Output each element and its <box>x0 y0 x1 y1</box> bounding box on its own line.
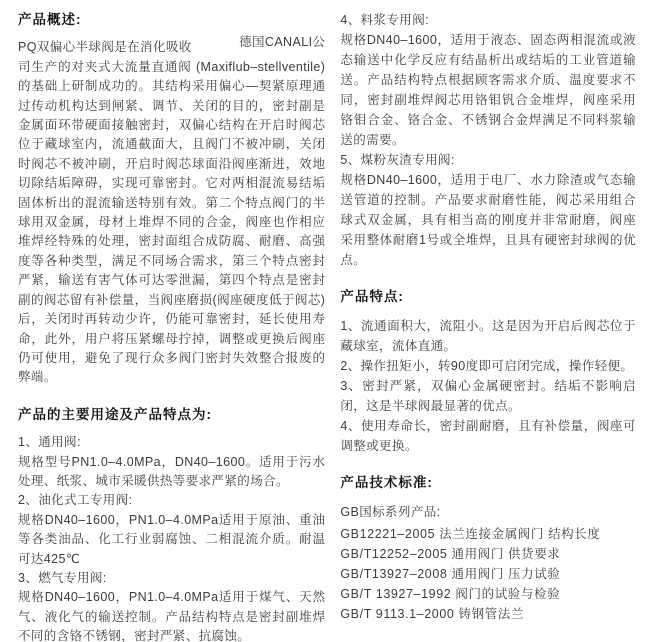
use-item-title: 3、燃气专用阀: <box>18 569 325 588</box>
intro-first-line: PQ双偏心半球阀是在消化吸收 德国CANALI公 <box>18 38 325 57</box>
standard-item: GB/T 9113.1–2000 铸钢管法兰 <box>340 604 636 624</box>
uses-list-right: 4、料浆专用阀: 规格DN40–1600，适用于液态、固态两相混流或液态输送中化… <box>340 10 636 270</box>
standard-item: GB12221–2005 法兰连接金属阀门 结构长度 <box>340 524 636 544</box>
use-item: 2、油化式工专用阀: 规格DN40–1600，PN1.0–4.0MPa适用于原油… <box>18 491 325 569</box>
features-list: 1、流通面积大，流阻小。这是因为开启后阀芯位于藏球室，流体直通。 2、操作扭矩小… <box>340 316 636 456</box>
use-item: 4、料浆专用阀: 规格DN40–1600，适用于液态、固态两相混流或液态输送中化… <box>340 10 636 150</box>
standards-list: GB12221–2005 法兰连接金属阀门 结构长度 GB/T12252–200… <box>340 524 636 624</box>
use-item: 1、通用阀: 规格型号PN1.0–4.0MPa，DN40–1600。适用于污水处… <box>18 433 325 491</box>
use-item: 5、煤粉灰渣专用阀: 规格DN40–1600，适用于电厂、水力除渣或气态输送管道… <box>340 150 636 270</box>
standards-heading: 产品技术标准: <box>340 473 636 493</box>
intro-brand-text: 德国CANALI公 <box>239 33 325 52</box>
use-item-body: 规格DN40–1600，适用于电厂、水力除渣或气态输送管道的控制。产品要求耐磨性… <box>340 170 636 270</box>
use-item-title: 1、通用阀: <box>18 433 325 452</box>
standards-intro: GB国标系列产品: <box>340 502 636 522</box>
overview-heading: 产品概述: <box>18 10 325 29</box>
use-item-title: 4、料浆专用阀: <box>340 10 636 30</box>
use-item-body: 规格DN40–1600，适用于液态、固态两相混流或液态输送中化学反应有结晶析出或… <box>340 30 636 150</box>
right-column: 4、料浆专用阀: 规格DN40–1600，适用于液态、固态两相混流或液态输送中化… <box>340 10 636 642</box>
feature-item: 2、操作扭矩小，转90度即可启闭完成，操作轻便。 <box>340 356 636 376</box>
use-item: 3、燃气专用阀: 规格DN40–1600，PN1.0–4.0MPa适用于煤气、天… <box>18 569 325 642</box>
use-item-body: 规格DN40–1600，PN1.0–4.0MPa适用于原油、重油等各类油品、化工… <box>18 511 325 569</box>
feature-item: 3、密封严紧，双偏心金属硬密封。结垢不影响启闭，这是半球阀最显著的优点。 <box>340 376 636 416</box>
use-item-title: 2、油化式工专用阀: <box>18 491 325 510</box>
uses-list-left: 1、通用阀: 规格型号PN1.0–4.0MPa，DN40–1600。适用于污水处… <box>18 433 325 642</box>
overview-paragraph: 司生产的对夹式大流量直通阀 (Maxiflub–stellventile) 的基… <box>18 58 325 388</box>
feature-item: 4、使用寿命长，密封副耐磨，且有补偿量，阀座可调整或更换。 <box>340 416 636 456</box>
intro-line1-text: PQ双偏心半球阀是在消化吸收 <box>18 38 192 57</box>
uses-heading: 产品的主要用途及产品特点为: <box>18 405 325 424</box>
use-item-body: 规格型号PN1.0–4.0MPa，DN40–1600。适用于污水处理、纸浆、城市… <box>18 453 325 492</box>
standard-item: GB/T 13927–1992 阀门的试验与检验 <box>340 584 636 604</box>
standard-item: GB/T13927–2008 通用阀门 压力试验 <box>340 564 636 584</box>
features-heading: 产品特点: <box>340 287 636 307</box>
left-column: 产品概述: PQ双偏心半球阀是在消化吸收 德国CANALI公 司生产的对夹式大流… <box>18 10 325 642</box>
standard-item: GB/T12252–2005 通用阀门 供货要求 <box>340 544 636 564</box>
product-document: 产品概述: PQ双偏心半球阀是在消化吸收 德国CANALI公 司生产的对夹式大流… <box>0 0 650 642</box>
use-item-body: 规格DN40–1600，PN1.0–4.0MPa适用于煤气、天然气、液化气的输送… <box>18 588 325 642</box>
use-item-title: 5、煤粉灰渣专用阀: <box>340 150 636 170</box>
feature-item: 1、流通面积大，流阻小。这是因为开启后阀芯位于藏球室，流体直通。 <box>340 316 636 356</box>
